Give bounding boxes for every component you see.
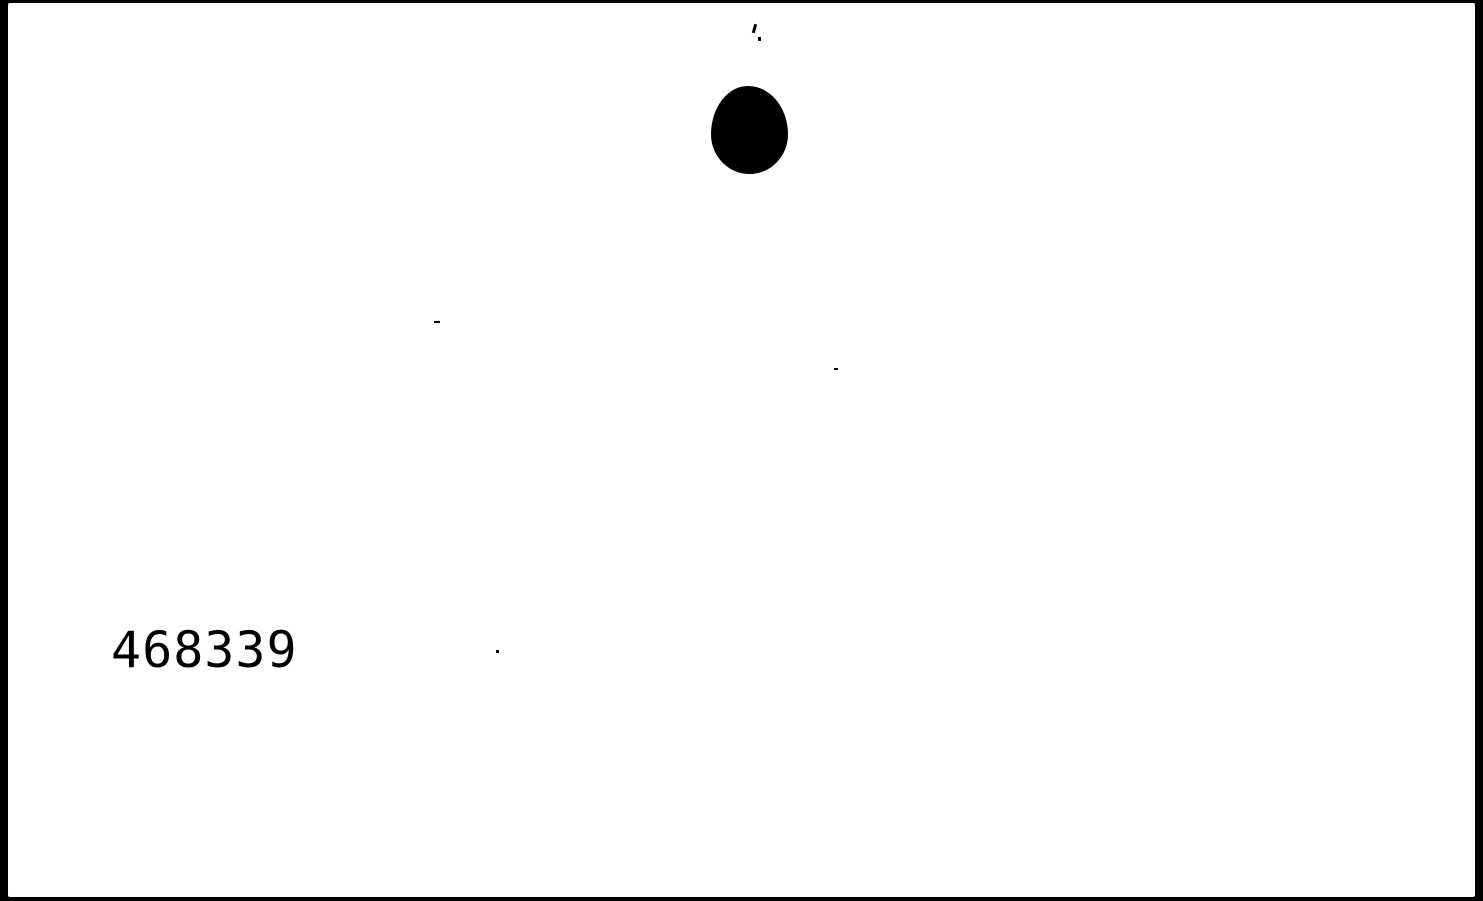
index-card: 468339 bbox=[8, 3, 1475, 897]
card-number: 468339 bbox=[111, 625, 298, 675]
punch-hole bbox=[711, 86, 788, 174]
